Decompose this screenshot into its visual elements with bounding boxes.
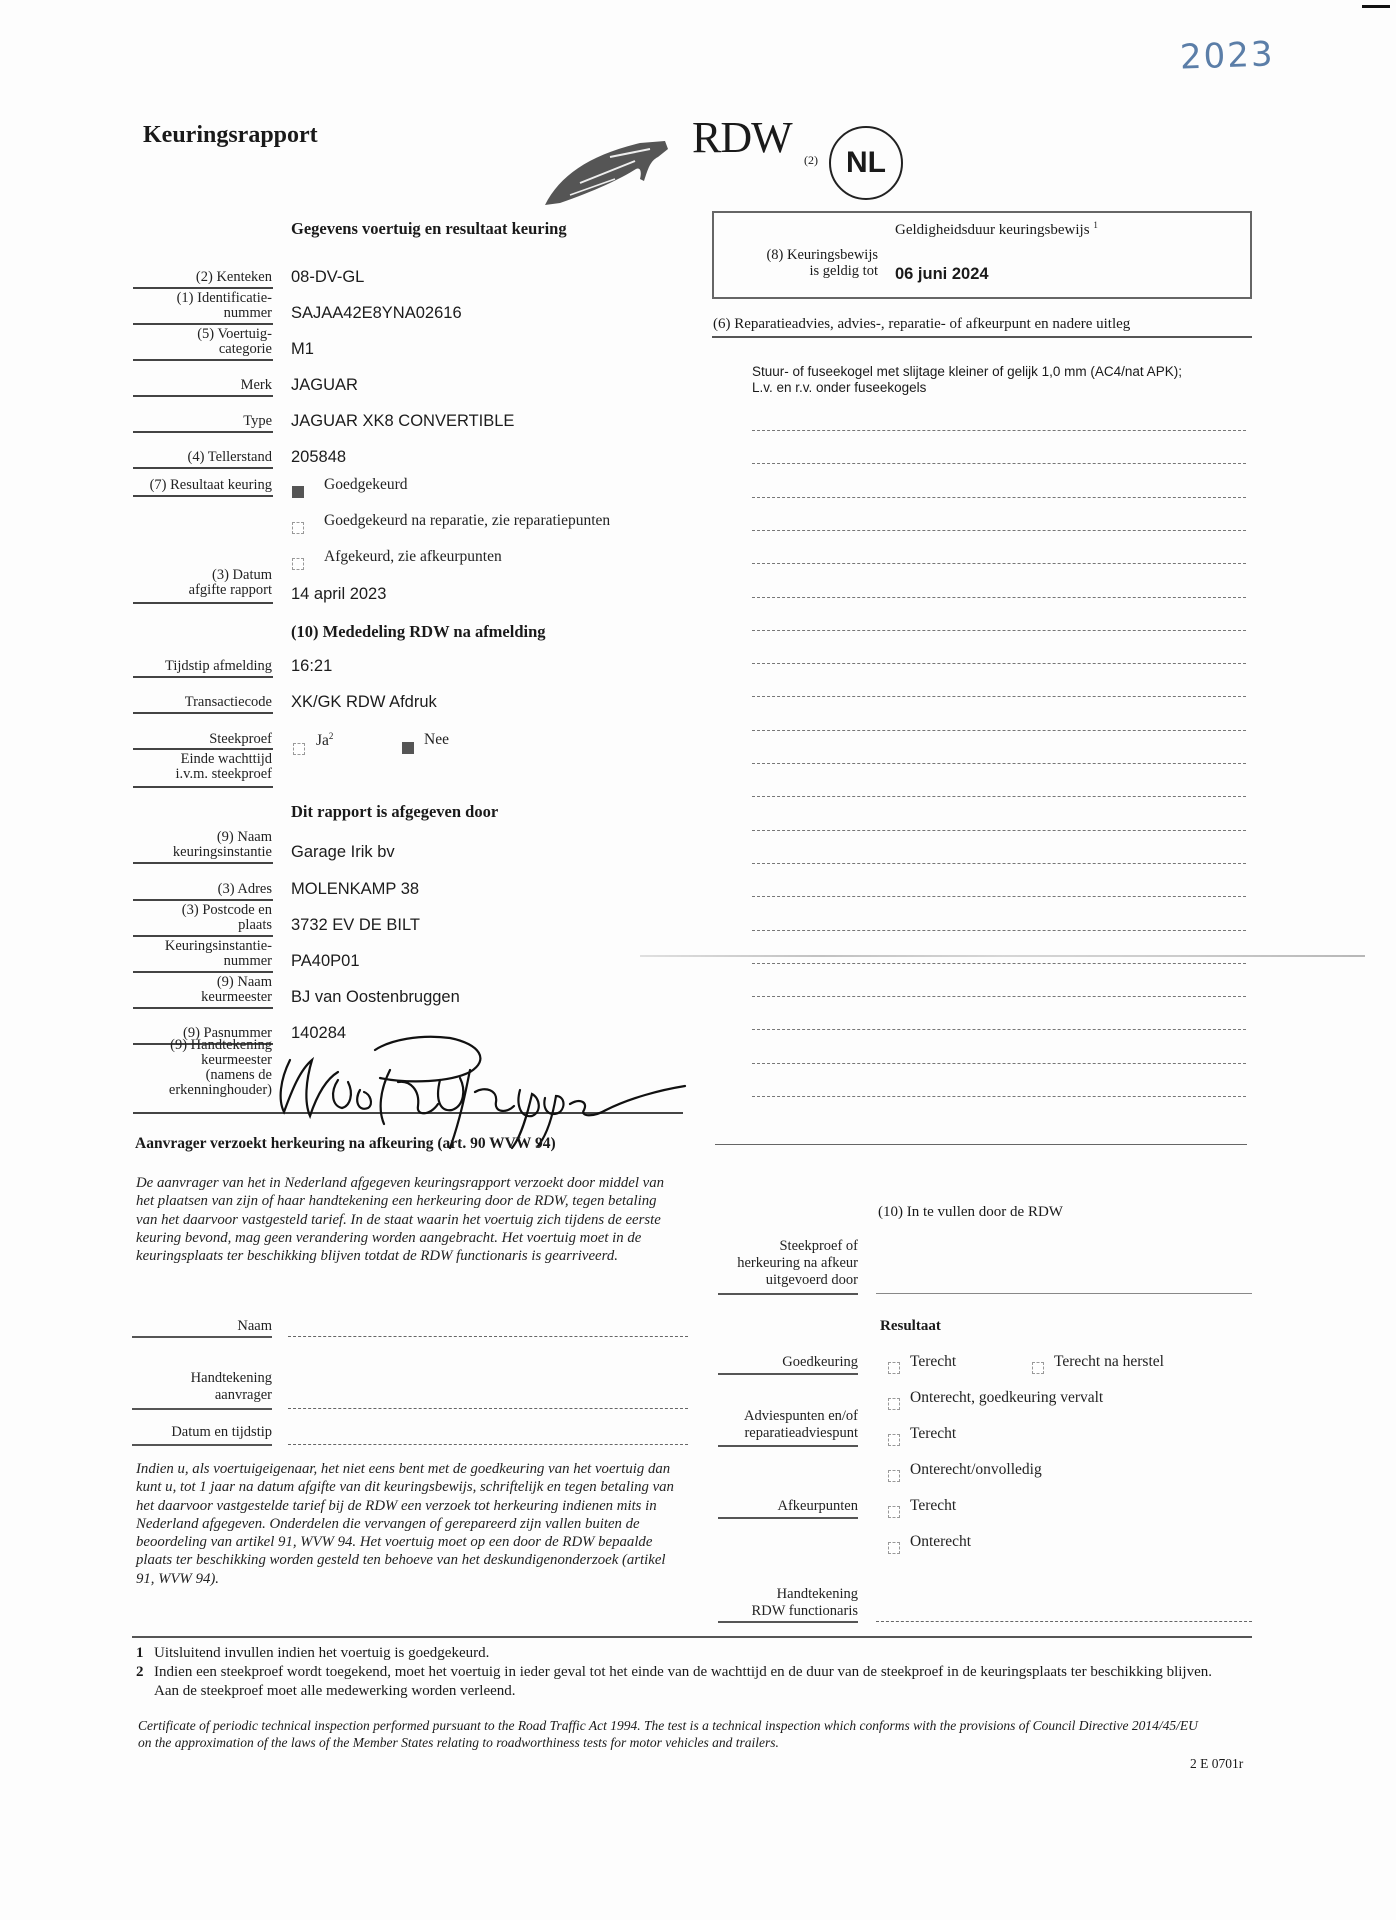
transaction-label: Transactiecode — [185, 695, 272, 710]
repair-writing-line — [752, 497, 1246, 498]
repair-writing-line — [752, 663, 1246, 664]
label-underline — [133, 899, 273, 901]
repair-writing-line — [752, 763, 1246, 764]
label-underline — [133, 862, 273, 864]
certificate-text: Certificate of periodic technical inspec… — [138, 1718, 1198, 1751]
label-underline — [132, 1336, 272, 1338]
performed-by-field[interactable] — [876, 1293, 1252, 1294]
field-label-line: (5) Voertuig- — [197, 327, 272, 342]
sig-label-line3: (namens de — [169, 1068, 272, 1083]
label-underline — [133, 467, 273, 469]
field-value: SAJAA42E8YNA02616 — [291, 304, 462, 323]
footnotes: 1 Uitsluitend invullen indien het voertu… — [136, 1644, 1256, 1701]
repair-writing-line — [752, 1063, 1246, 1064]
label-underline — [718, 1621, 858, 1623]
rdw-logo-icon — [540, 135, 675, 210]
notice-section-title: (10) Mededeling RDW na afmelding — [291, 622, 546, 642]
repair-writing-line — [752, 630, 1246, 631]
sig-label-line2: keurmeester — [169, 1053, 272, 1068]
issuer-label: (9) Naamkeuringsinstantie — [173, 830, 272, 860]
scan-mark — [1362, 5, 1390, 8]
repair-line-1: Stuur- of fuseekogel met slijtage kleine… — [752, 364, 1182, 380]
validity-label: (8) Keuringsbewijs is geldig tot — [766, 247, 878, 279]
rejection-option-checkbox[interactable] — [888, 1542, 900, 1554]
issuer-label-line: nummer — [165, 954, 272, 969]
field-label: Type — [243, 414, 272, 429]
label-underline — [133, 1007, 273, 1009]
signature-label: (9) Handtekening keurmeester (namens de … — [169, 1038, 272, 1098]
date-label-line1: (3) Datum — [189, 568, 272, 583]
performed-by-line2: herkeuring na afkeur — [737, 1255, 858, 1272]
label-underline — [133, 395, 273, 397]
datetime-label: Datum en tijdstip — [171, 1424, 272, 1441]
rejection-option-checkbox[interactable] — [888, 1506, 900, 1518]
result-label: (7) Resultaat keuring — [150, 478, 272, 493]
handwritten-year: 2023 — [1179, 34, 1275, 77]
footnote-ref: 2 — [329, 731, 334, 741]
field-label-line: (2) Kenteken — [196, 270, 272, 285]
time-value: 16:21 — [291, 657, 332, 676]
issuer-label-line: (3) Postcode en — [182, 903, 272, 918]
field-label-line: Merk — [241, 378, 272, 393]
repair-writing-line — [752, 530, 1246, 531]
rdw-top-line — [715, 1144, 1247, 1145]
sample-label: Steekproef — [209, 732, 272, 747]
label-underline — [133, 323, 273, 325]
issuer-label: (9) Naamkeurmeester — [201, 975, 272, 1005]
label-underline — [132, 1444, 272, 1446]
result-option-checkbox[interactable] — [292, 486, 304, 498]
validity-date: 06 juni 2024 — [895, 265, 989, 284]
issuer-value: 3732 EV DE BILT — [291, 916, 420, 935]
approval-option-label: Terecht na herstel — [1054, 1353, 1164, 1371]
footnote-2: 2 Indien een steekproef wordt toegekend,… — [136, 1663, 1256, 1701]
validity-label-line1: (8) Keuringsbewijs — [766, 247, 878, 263]
wait-end-label-line2: i.v.m. steekproef — [175, 767, 272, 782]
field-value: 205848 — [291, 448, 346, 467]
req-sig-line1: Handtekening — [191, 1370, 272, 1387]
repair-writing-line — [752, 996, 1246, 997]
country-note: (2) — [804, 153, 818, 168]
issuer-label: (3) Postcode enplaats — [182, 903, 272, 933]
requester-name-field[interactable] — [288, 1336, 688, 1337]
approval-option-checkbox[interactable] — [888, 1398, 900, 1410]
sig-label-line4: erkenninghouder) — [169, 1083, 272, 1098]
approval-option-label: Terecht — [910, 1353, 956, 1371]
wait-end-label: Einde wachttijd i.v.m. steekproef — [175, 752, 272, 782]
reinspection-title: Aanvrager verzoekt herkeuring na afkeuri… — [135, 1135, 556, 1153]
issuer-label-line: keurmeester — [201, 990, 272, 1005]
approval-label: Goedkeuring — [782, 1354, 858, 1371]
repair-title: (6) Reparatieadvies, advies-, reparatie-… — [713, 316, 1130, 333]
issuer-label-line: keuringsinstantie — [173, 845, 272, 860]
repair-writing-line — [752, 963, 1246, 964]
rejection-option-label: Terecht — [910, 1497, 956, 1515]
rdw-signature-label: Handtekening RDW functionaris — [752, 1586, 858, 1620]
field-label-line: (1) Identificatie- — [177, 291, 272, 306]
repair-writing-line — [752, 696, 1246, 697]
footnote-num: 1 — [136, 1644, 154, 1663]
result-option-checkbox[interactable] — [292, 522, 304, 534]
label-underline — [133, 748, 273, 750]
approval-option-checkbox[interactable] — [888, 1362, 900, 1374]
field-label-line: categorie — [197, 342, 272, 357]
issuer-value: PA40P01 — [291, 952, 360, 971]
repair-writing-line — [752, 896, 1246, 897]
rejection-option-label: Onterecht — [910, 1533, 971, 1551]
requester-signature-label: Handtekening aanvrager — [191, 1370, 272, 1404]
issuer-label: (3) Adres — [218, 882, 272, 897]
label-underline — [133, 495, 273, 497]
field-label: Merk — [241, 378, 272, 393]
rdw-section-title: (10) In te vullen door de RDW — [878, 1204, 1063, 1221]
issuer-section-title: Dit rapport is afgegeven door — [291, 802, 498, 822]
sample-no-checkbox[interactable] — [402, 742, 414, 754]
label-underline — [133, 786, 273, 788]
issuer-label-line: (3) Adres — [218, 882, 272, 897]
label-underline — [718, 1293, 858, 1295]
label-underline — [133, 602, 273, 604]
label-underline — [133, 287, 273, 289]
performed-by-label: Steekproef of herkeuring na afkeur uitge… — [737, 1238, 858, 1289]
sig-label-line1: (9) Handtekening — [169, 1038, 272, 1053]
reinspection-text: De aanvrager van het in Nederland afgege… — [136, 1174, 676, 1265]
requester-name-label: Naam — [237, 1318, 272, 1335]
field-label: (1) Identificatie-nummer — [177, 291, 272, 321]
datetime-field[interactable] — [288, 1444, 688, 1445]
label-underline — [133, 431, 273, 433]
result-option-label: Afgekeurd, zie afkeurpunten — [324, 548, 502, 566]
validity-title: Geldigheidsduur keuringsbewijs 1 — [895, 220, 1098, 239]
repair-text: Stuur- of fuseekogel met slijtage kleine… — [752, 364, 1182, 396]
advice-option-checkbox[interactable] — [888, 1434, 900, 1446]
field-label-line: (4) Tellerstand — [188, 450, 272, 465]
footnote-ref: 1 — [1093, 220, 1098, 230]
repair-writing-line — [752, 597, 1246, 598]
rdw-sig-line1: Handtekening — [752, 1586, 858, 1603]
repair-writing-line — [752, 463, 1246, 464]
issue-date: 14 april 2023 — [291, 585, 386, 604]
result-option-label: Goedgekeurd — [324, 476, 408, 494]
footnote-text: Indien een steekproef wordt toegekend, m… — [154, 1663, 1214, 1701]
approval-option-checkbox[interactable] — [1032, 1362, 1044, 1374]
issuer-label-line: (9) Naam — [201, 975, 272, 990]
repair-writing-line — [752, 1029, 1246, 1030]
form-code: 2 E 0701r — [1190, 1756, 1243, 1772]
label-underline — [718, 1517, 858, 1519]
label-underline — [132, 1408, 272, 1410]
sample-yes-text: Ja — [316, 732, 329, 749]
rdw-brand: RDW — [692, 112, 792, 163]
wait-end-label-line1: Einde wachttijd — [175, 752, 272, 767]
label-underline — [133, 971, 273, 973]
label-underline — [718, 1445, 858, 1447]
rdw-signature-field[interactable] — [876, 1621, 1252, 1622]
repair-writing-line — [752, 430, 1246, 431]
footnote-separator — [132, 1636, 1252, 1638]
field-label: (5) Voertuig-categorie — [197, 327, 272, 357]
validity-label-line2: is geldig tot — [766, 263, 878, 279]
owner-text: Indien u, als voertuigeigenaar, het niet… — [136, 1460, 676, 1588]
advice-option-label: Onterecht/onvolledig — [910, 1461, 1042, 1479]
repair-writing-line — [752, 1096, 1246, 1097]
field-label-line: Type — [243, 414, 272, 429]
result-option-checkbox[interactable] — [292, 558, 304, 570]
repair-title-line — [712, 336, 1252, 338]
issuer-value: BJ van Oostenbruggen — [291, 988, 460, 1007]
time-label: Tijdstip afmelding — [165, 659, 272, 674]
issuer-value: MOLENKAMP 38 — [291, 880, 419, 899]
footnote-text: Uitsluitend invullen indien het voertuig… — [154, 1644, 489, 1663]
field-value: JAGUAR XK8 CONVERTIBLE — [291, 412, 514, 431]
rejection-label: Afkeurpunten — [777, 1498, 858, 1515]
issuer-label-line: plaats — [182, 918, 272, 933]
advice-label-line2: reparatieadviespunt — [744, 1425, 858, 1442]
field-label-line: nummer — [177, 306, 272, 321]
advice-label: Adviespunten en/ofreparatieadviespunt — [744, 1408, 858, 1442]
field-label: (4) Tellerstand — [188, 450, 272, 465]
issuer-label-line: Keuringsinstantie- — [165, 939, 272, 954]
date-label-line2: afgifte rapport — [189, 583, 272, 598]
field-value: JAGUAR — [291, 376, 358, 395]
paper-crease — [640, 955, 1365, 957]
country-code-badge: NL — [829, 126, 903, 200]
country-code: NL — [846, 146, 886, 180]
date-label: (3) Datum afgifte rapport — [189, 568, 272, 598]
footnote-num: 2 — [136, 1663, 154, 1701]
label-underline — [133, 676, 273, 678]
sample-no-label: Nee — [424, 731, 449, 749]
advice-option-label: Terecht — [910, 1425, 956, 1443]
transaction-value: XK/GK RDW Afdruk — [291, 693, 437, 712]
advice-label-line1: Adviespunten en/of — [744, 1408, 858, 1425]
issuer-label: Keuringsinstantie-nummer — [165, 939, 272, 969]
issuer-value: Garage Irik bv — [291, 843, 395, 862]
field-value: M1 — [291, 340, 314, 359]
validity-title-text: Geldigheidsduur keuringsbewijs — [895, 222, 1090, 238]
req-sig-line2: aanvrager — [191, 1387, 272, 1404]
vehicle-section-title: Gegevens voertuig en resultaat keuring — [291, 219, 567, 239]
page-title: Keuringsrapport — [143, 122, 318, 149]
sample-yes-label: Ja2 — [316, 731, 333, 750]
sample-yes-checkbox[interactable] — [293, 743, 305, 755]
repair-writing-line — [752, 563, 1246, 564]
field-value: 08-DV-GL — [291, 268, 364, 287]
footnote-1: 1 Uitsluitend invullen indien het voertu… — [136, 1644, 1256, 1663]
field-label: (2) Kenteken — [196, 270, 272, 285]
repair-writing-line — [752, 930, 1246, 931]
label-underline — [133, 712, 273, 714]
repair-writing-line — [752, 830, 1246, 831]
performed-by-line3: uitgevoerd door — [737, 1272, 858, 1289]
performed-by-line1: Steekproef of — [737, 1238, 858, 1255]
rdw-sig-line2: RDW functionaris — [752, 1603, 858, 1620]
requester-signature-field[interactable] — [288, 1408, 688, 1409]
repair-line-2: L.v. en r.v. onder fuseekogels — [752, 380, 1182, 396]
repair-writing-line — [752, 796, 1246, 797]
label-underline — [133, 935, 273, 937]
handwritten-signature — [270, 1020, 690, 1150]
issuer-label-line: (9) Naam — [173, 830, 272, 845]
advice-option-checkbox[interactable] — [888, 1470, 900, 1482]
label-underline — [718, 1373, 858, 1375]
repair-writing-line — [752, 730, 1246, 731]
result-option-label: Goedgekeurd na reparatie, zie reparatiep… — [324, 512, 610, 530]
repair-writing-line — [752, 863, 1246, 864]
label-underline — [133, 359, 273, 361]
approval-option-label: Onterecht, goedkeuring vervalt — [910, 1389, 1103, 1407]
result-title: Resultaat — [880, 1318, 941, 1335]
